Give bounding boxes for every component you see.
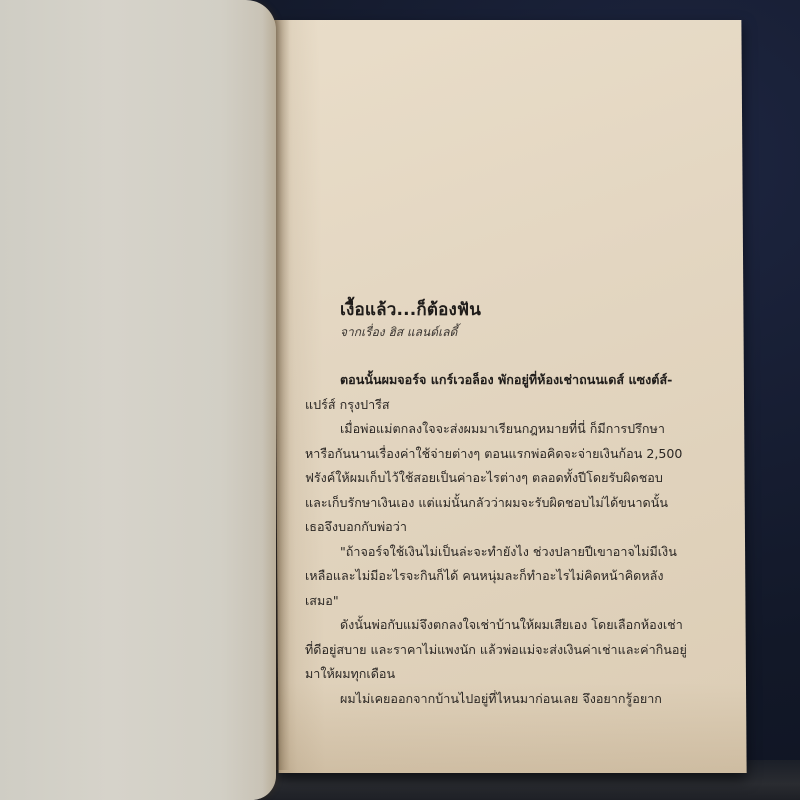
text-line: มาให้ผมทุกเดือน (305, 662, 683, 687)
text-line: หารือกันนานเรื่องค่าใช้จ่ายต่างๆ ตอนแรกพ… (305, 442, 683, 467)
text-line: "ถ้าจอร์จใช้เงินไม่เป็นล่ะจะทำยังไง ช่วง… (305, 540, 683, 565)
text-line: เธอจึงบอกกับพ่อว่า (305, 515, 683, 540)
text-line: แปร์ส์ กรุงปารีส (305, 393, 683, 418)
text-line: ที่ดีอยู่สบาย และราคาไม่แพงนัก แล้วพ่อแม… (305, 638, 683, 663)
chapter-title: เงื้อแล้ว...ก็ต้องฟัน (340, 296, 481, 323)
chapter-source: จากเรื่อง ฮิส แลนด์เลดี้ (340, 323, 457, 342)
body-text: ตอนนั้นผมจอร์จ แกร์เวอล็อง พักอยู่ที่ห้อ… (305, 368, 683, 711)
text-line: ผมไม่เคยออกจากบ้านไปอยู่ที่ไหนมาก่อนเลย … (305, 687, 683, 712)
text-line: เหลือและไม่มีอะไรจะกินก็ได้ คนหนุ่มละก็ท… (305, 564, 683, 589)
text-line: ฟรังค์ให้ผมเก็บไว้ใช้สอยเป็นค่าอะไรต่างๆ… (305, 466, 683, 491)
text-line: เสมอ" (305, 589, 683, 614)
text-line: เมื่อพ่อแม่ตกลงใจจะส่งผมมาเรียนกฎหมายที่… (305, 417, 683, 442)
left-blank-page (0, 0, 276, 800)
text-line: ดังนั้นพ่อกับแม่จึงตกลงใจเช่าบ้านให้ผมเส… (305, 613, 683, 638)
text-line: และเก็บรักษาเงินเอง แต่แม่นั้นกลัวว่าผมจ… (305, 491, 683, 516)
text-line: ตอนนั้นผมจอร์จ แกร์เวอล็อง พักอยู่ที่ห้อ… (305, 368, 683, 393)
